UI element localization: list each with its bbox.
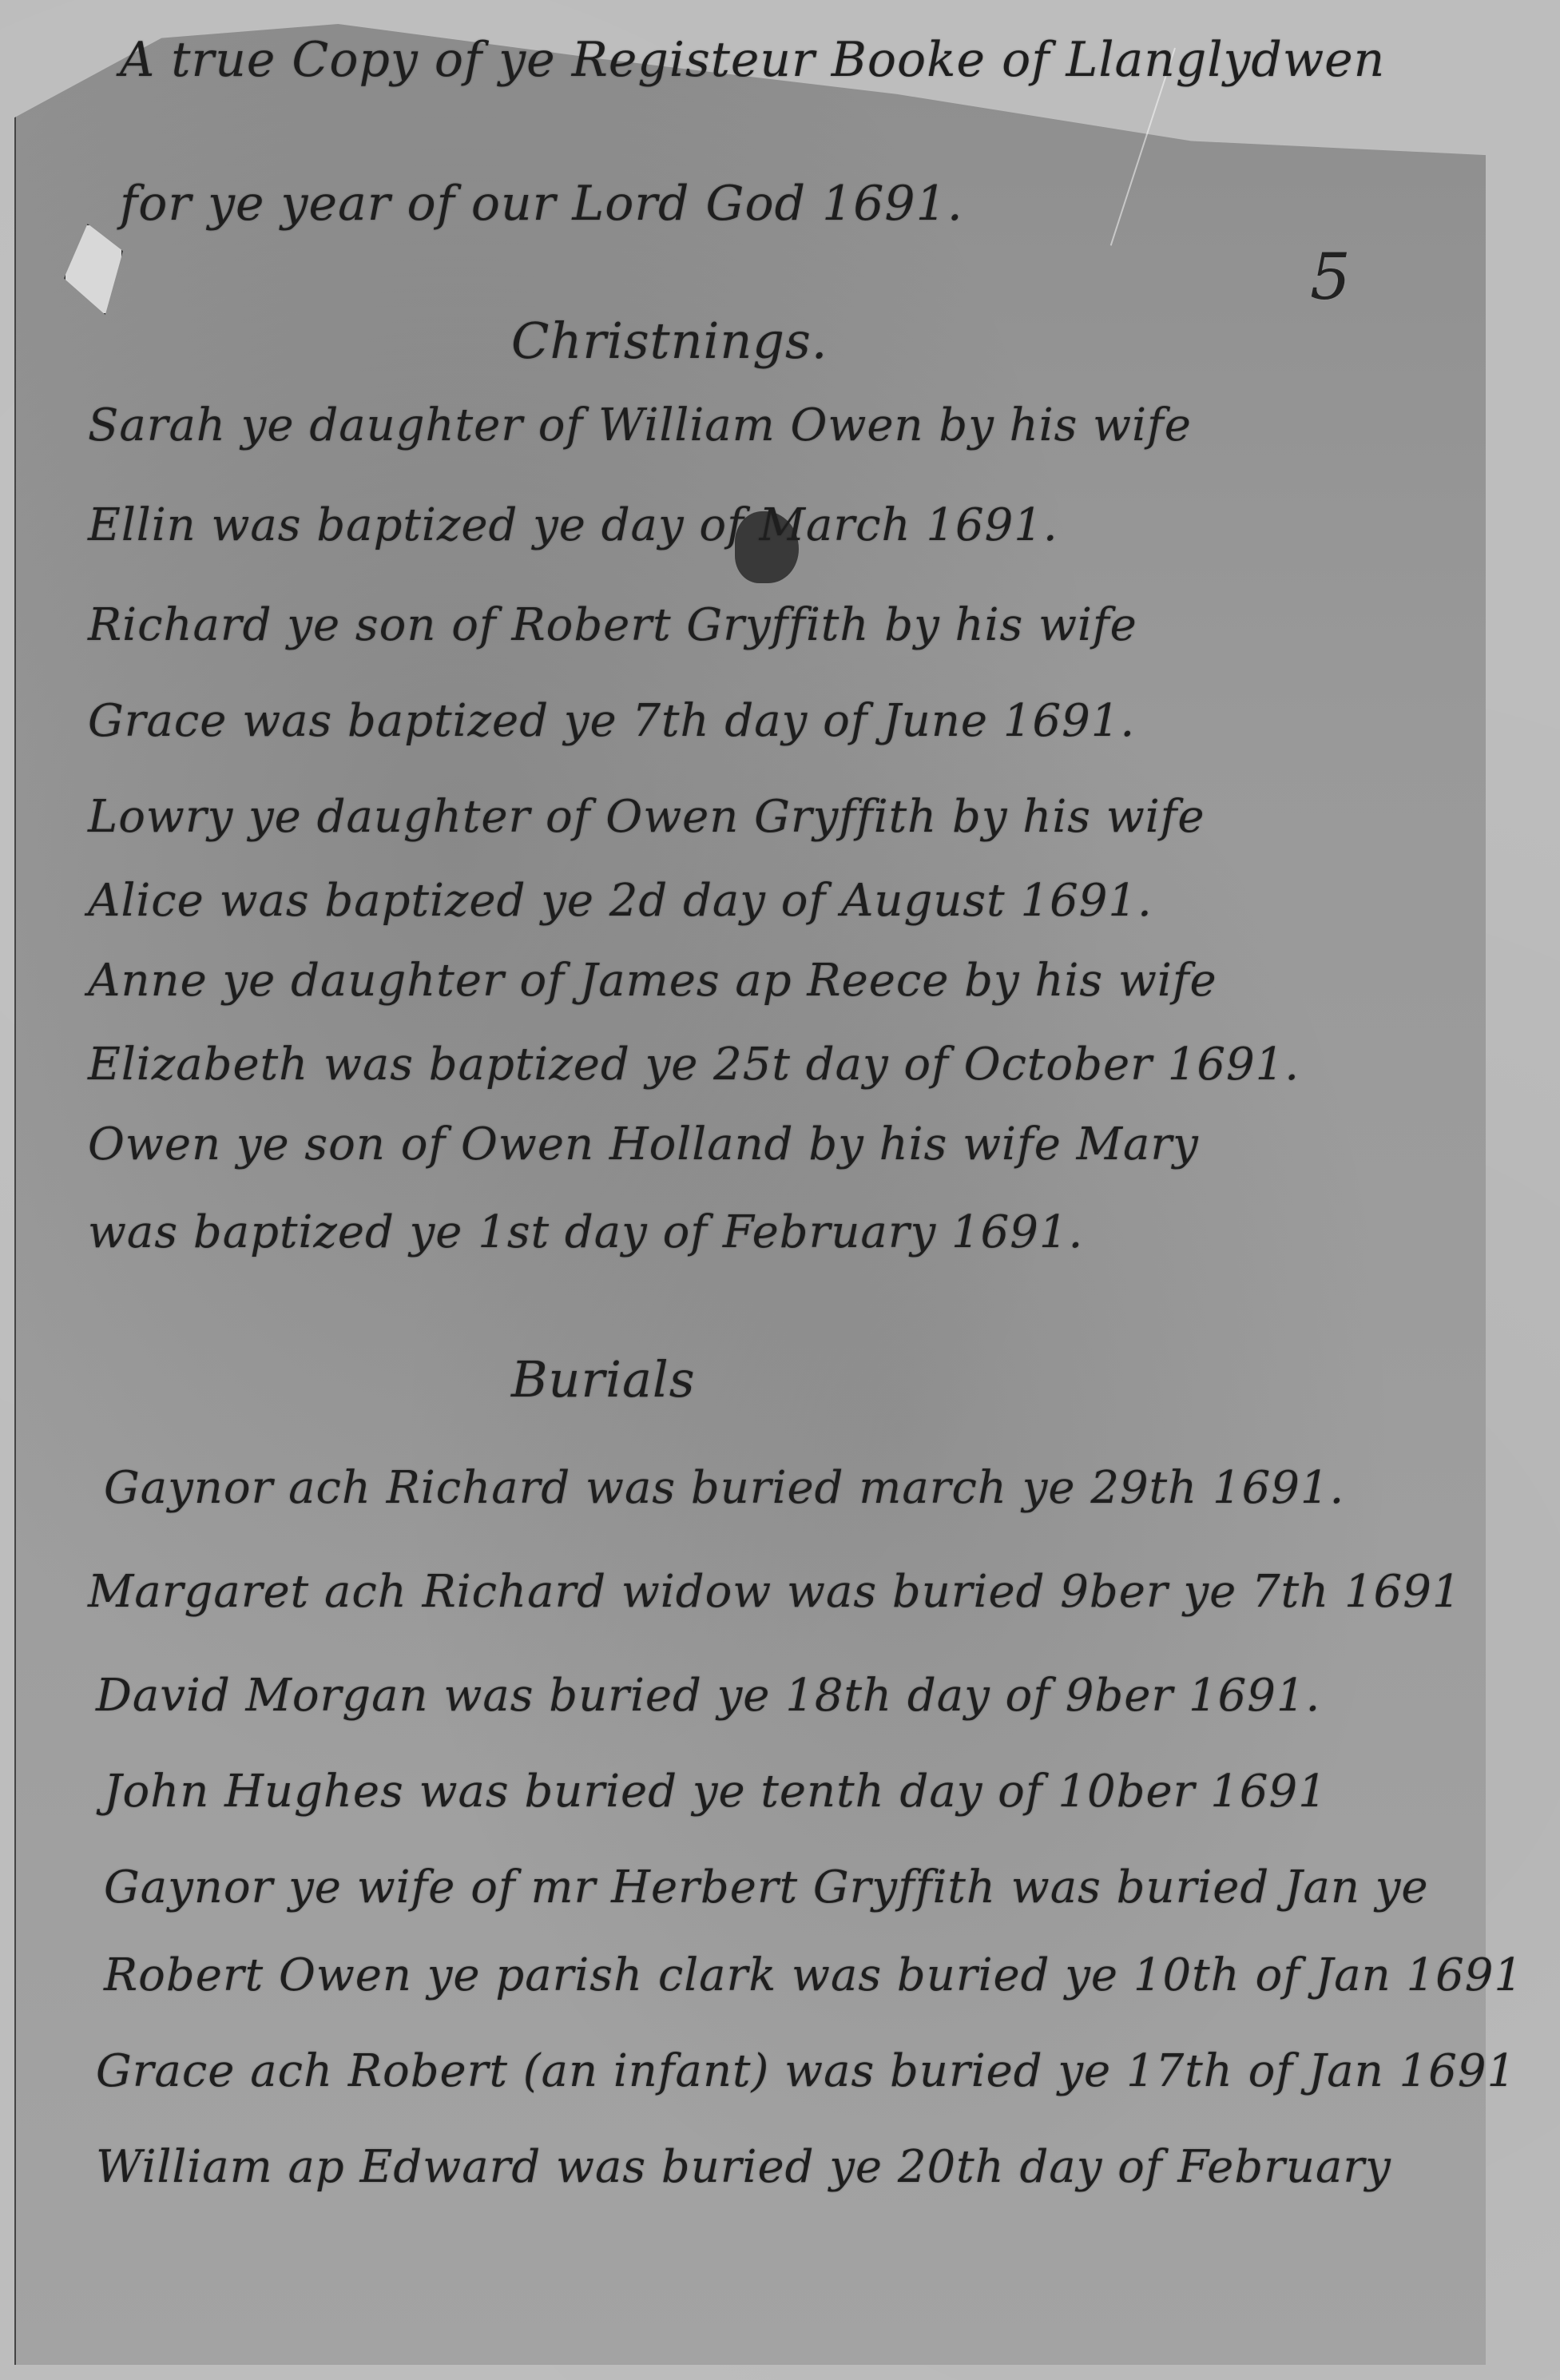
christning-entry: was baptized ye 1st day of February 1691… [88, 1206, 1083, 1258]
title-line-1: A true Copy of ye Registeur Booke of Lla… [120, 32, 1385, 88]
register-sheet [14, 24, 1486, 2365]
christning-entry: Owen ye son of Owen Holland by his wife … [88, 1118, 1199, 1170]
christning-entry: Alice was baptized ye 2d day of August 1… [88, 875, 1153, 927]
section-heading-christnings: Christnings. [511, 312, 828, 370]
christning-entry: Lowry ye daughter of Owen Gryffith by hi… [88, 791, 1205, 843]
burial-entry: Margaret ach Richard widow was buried 9b… [88, 1566, 1462, 1618]
margin-page-number: 5 [1310, 240, 1351, 314]
burial-entry: William ap Edward was buried ye 20th day… [96, 2141, 1391, 2193]
christning-entry: Ellin was baptized ye day of March 1691. [88, 499, 1058, 551]
burial-entry: Gaynor ye wife of mr Herbert Gryffith wa… [104, 1861, 1429, 1913]
christning-entry: Richard ye son of Robert Gryffith by his… [88, 599, 1137, 651]
christning-entry: Anne ye daughter of James ap Reece by hi… [88, 955, 1217, 1007]
christning-entry: Sarah ye daughter of William Owen by his… [88, 399, 1192, 451]
burial-entry: Grace ach Robert (an infant) was buried … [96, 2045, 1516, 2097]
burial-entry: David Morgan was buried ye 18th day of 9… [96, 1670, 1320, 1722]
burial-entry: Gaynor ach Richard was buried march ye 2… [104, 1462, 1344, 1514]
christning-entry: Elizabeth was baptized ye 25t day of Oct… [88, 1039, 1300, 1091]
burial-entry: John Hughes was buried ye tenth day of 1… [104, 1766, 1328, 1818]
christning-entry: Grace was baptized ye 7th day of June 16… [88, 695, 1135, 747]
title-line-2: for ye year of our Lord God 1691. [120, 176, 963, 232]
section-heading-burials: Burials [511, 1350, 696, 1409]
burial-entry: Robert Owen ye parish clark was buried y… [104, 1949, 1523, 2001]
